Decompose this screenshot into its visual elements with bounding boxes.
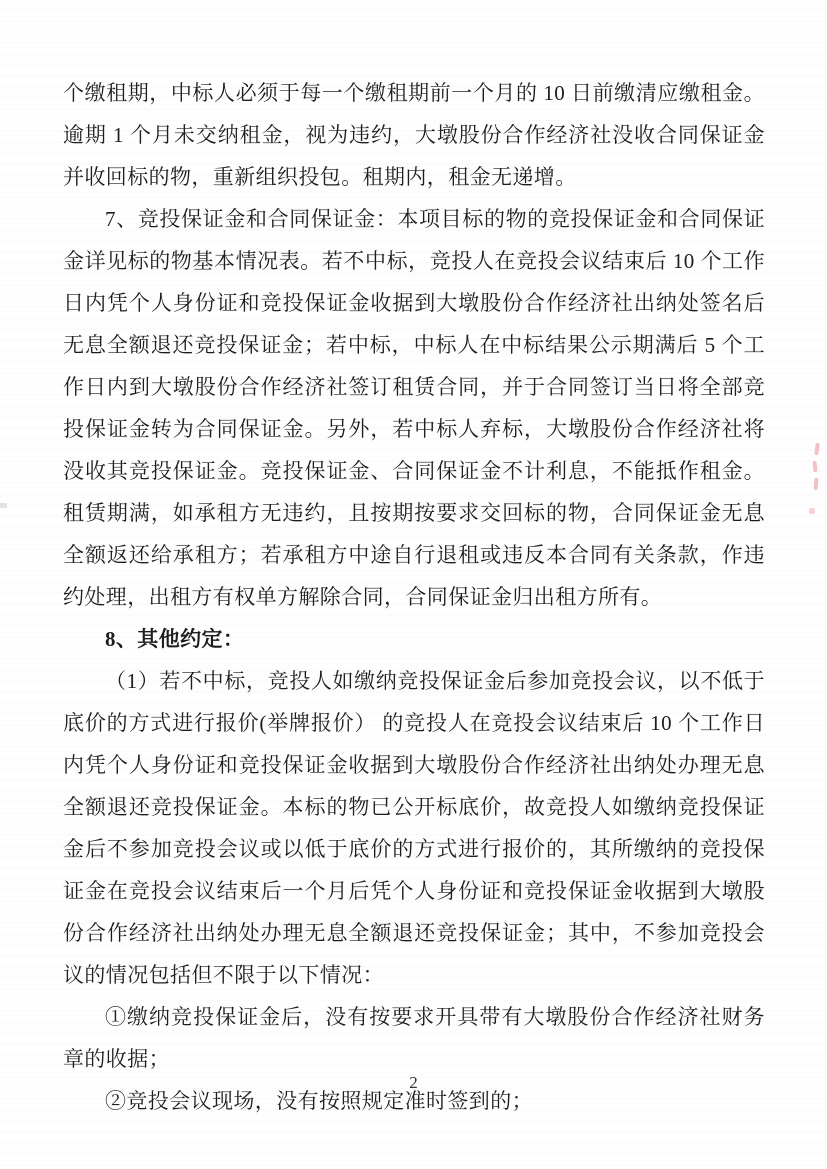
paragraph-rent-period-continuation: 个缴租期，中标人必须于每一个缴租期前一个月的 10 日前缴清应缴租金。逾期 1 … xyxy=(63,72,765,198)
red-scan-artifact xyxy=(813,478,818,490)
red-scan-artifact xyxy=(812,461,817,472)
document-text: 个缴租期，中标人必须于每一个缴租期前一个月的 10 日前缴清应缴租金。逾期 1 … xyxy=(63,72,765,1122)
gray-scan-speck xyxy=(0,503,7,508)
paragraph-circled-1-receipt: ①缴纳竞投保证金后，没有按要求开具带有大墩股份合作经济社财务章的收据； xyxy=(63,996,765,1080)
red-scan-artifact xyxy=(809,508,815,514)
paragraph-clause-7-deposits: 7、竞投保证金和合同保证金：本项目标的物的竞投保证金和合同保证金详见标的物基本情… xyxy=(63,198,765,618)
red-scan-artifact xyxy=(814,443,820,455)
document-page: 个缴租期，中标人必须于每一个缴租期前一个月的 10 日前缴清应缴租金。逾期 1 … xyxy=(0,0,827,1169)
page-number: 2 xyxy=(0,1073,827,1093)
heading-clause-8-other-terms: 8、其他约定： xyxy=(63,618,765,660)
paragraph-clause-8-item-1: （1）若不中标，竞投人如缴纳竞投保证金后参加竞投会议，以不低于底价的方式进行报价… xyxy=(63,660,765,996)
